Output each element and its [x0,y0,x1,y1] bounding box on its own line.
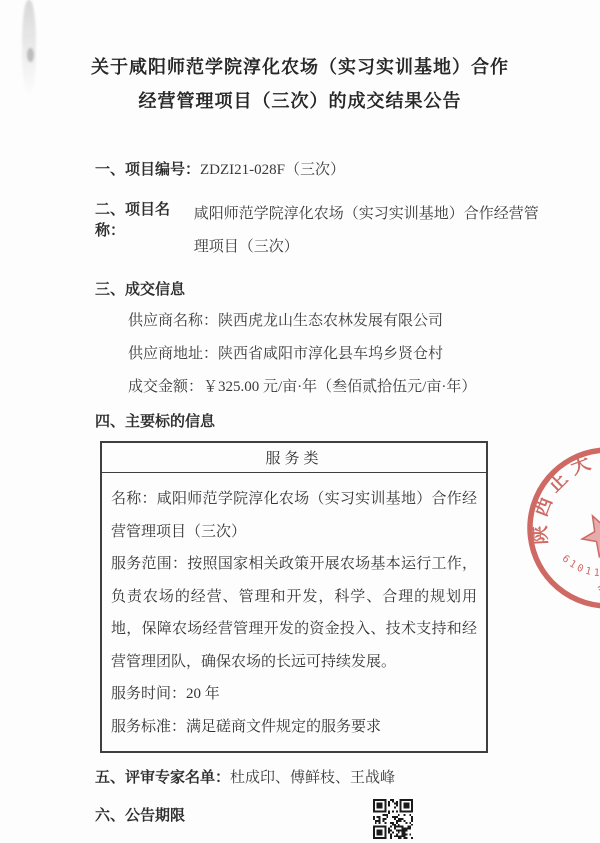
table-body-cell: 名称：咸阳师范学院淳化农场（实习实训基地）合作经营管理项目（三次） 服务范围：按… [102,473,486,751]
document-title: 关于咸阳师范学院淳化农场（实习实训基地）合作 经营管理项目（三次）的成交结果公告 [0,0,600,118]
table-row-service-time: 服务时间：20 年 [111,678,477,711]
scanned-document-page: 关于咸阳师范学院淳化农场（实习实训基地）合作 经营管理项目（三次）的成交结果公告… [0,0,600,843]
award-amount-value: ￥325.00 元/亩·年（叁佰贰拾伍元/亩·年） [203,379,476,395]
seal-registration-digits: 6101130419 [558,523,600,600]
project-name-value: 咸阳师范学院淳化农场（实习实训基地）合作经营管理项目（三次） [194,198,540,264]
scan-artifact-dot [27,48,34,62]
table-row-name: 名称：咸阳师范学院淳化农场（实习实训基地）合作经营管理项目（三次） [111,483,477,548]
table-row-service-standard: 服务标准：满足磋商文件规定的服务要求 [111,711,477,744]
svg-text:陕西正大: 陕西正大 [512,446,600,554]
seal-star-emblem-icon [575,506,600,559]
svg-text:6101130419: 6101130419 [558,523,600,600]
section-award-info-heading: 三、成交信息 [0,278,600,299]
company-seal-stamp-icon: 陕西正大 6101130419 司 [512,436,600,636]
supplier-address-label: 供应商地址： [128,346,218,362]
project-number-value: ZDZI21-028F（三次） [200,158,345,179]
section-subject-info-heading: 四、主要标的信息 [0,410,600,431]
award-info-label: 三、成交信息 [95,281,185,298]
announcement-period-label: 六、公告期限 [95,807,185,824]
project-name-label: 二、项目名称： [95,198,194,240]
supplier-address-field: 供应商地址：陕西省咸阳市淳化县车坞乡贤仓村 [128,344,560,364]
project-number-label: 一、项目编号： [95,158,200,179]
supplier-name-label: 供应商名称： [128,313,218,329]
experts-label: 五、评审专家名单： [95,766,230,787]
supplier-name-field: 供应商名称：陕西虎龙山生态农林发展有限公司 [128,311,560,331]
subject-info-label: 四、主要标的信息 [95,413,215,430]
table-row-service-scope: 服务范围：按照国家相关政策开展农场基本运行工作，负责农场的经营、管理和开发，科学… [111,548,477,678]
title-line-2: 经营管理项目（三次）的成交结果公告 [0,84,600,118]
experts-value: 杜成印、傅鲜枝、王战峰 [230,766,395,787]
qr-code [371,797,415,841]
seal-tail-character: 司 [596,578,600,602]
supplier-address-value: 陕西省咸阳市淳化县车坞乡贤仓村 [218,346,443,362]
title-line-1: 关于咸阳师范学院淳化农场（实习实训基地）合作 [0,50,600,84]
award-amount-field: 成交金额：￥325.00 元/亩·年（叁佰贰拾伍元/亩·年） [128,377,560,397]
section-announcement-period: 六、公告期限 [0,804,600,825]
subject-info-table: 服务类 名称：咸阳师范学院淳化农场（实习实训基地）合作经营管理项目（三次） 服务… [100,441,488,753]
award-amount-label: 成交金额： [128,379,203,395]
award-info-fields: 供应商名称：陕西虎龙山生态农林发展有限公司 供应商地址：陕西省咸阳市淳化县车坞乡… [0,311,600,397]
seal-arc-text: 陕西正大 [512,446,600,554]
section-project-name: 二、项目名称： 咸阳师范学院淳化农场（实习实训基地）合作经营管理项目（三次） [0,198,600,264]
table-header-service-category: 服务类 [102,443,486,473]
section-experts: 五、评审专家名单： 杜成印、傅鲜枝、王战峰 [0,766,600,787]
supplier-name-value: 陕西虎龙山生态农林发展有限公司 [218,313,443,329]
section-project-number: 一、项目编号： ZDZI21-028F（三次） [0,158,600,179]
